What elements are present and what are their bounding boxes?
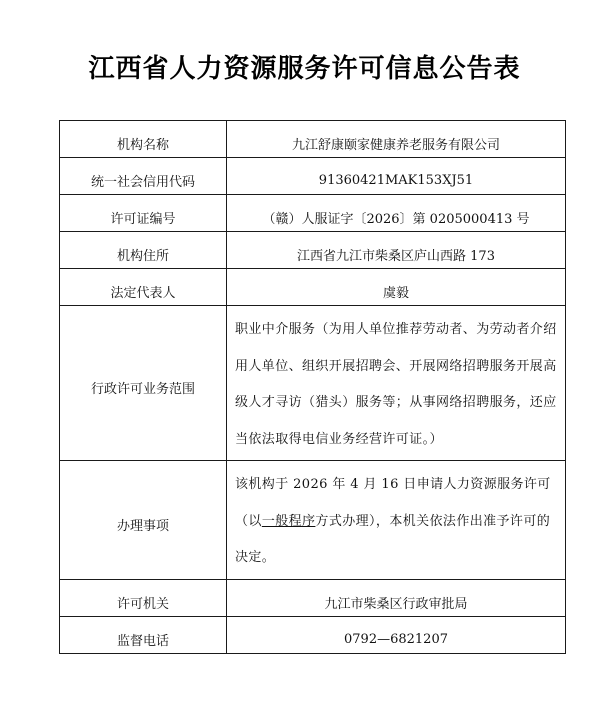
table-row-address: 机构住所 江西省九江市柴桑区庐山西路 173: [60, 232, 566, 269]
row-label: 机构住所: [60, 232, 227, 269]
table-row-credit-code: 统一社会信用代码 91360421MAK153XJ51: [60, 158, 566, 195]
handling-matter-value: 该机构于 2026 年 4 月 16 日申请人力资源服务许可（以一般程序方式办理…: [227, 461, 566, 580]
row-label: 办理事项: [60, 461, 227, 580]
phone-value: 0792—6821207: [227, 616, 566, 653]
row-label: 法定代表人: [60, 269, 227, 306]
license-number-value: （赣）人服证字〔2026〕第 0205000413 号: [227, 195, 566, 232]
table-row-business-scope: 行政许可业务范围 职业中介服务（为用人单位推荐劳动者、为劳动者介绍用人单位、组织…: [60, 306, 566, 461]
credit-code-value: 91360421MAK153XJ51: [227, 158, 566, 195]
row-label: 监督电话: [60, 616, 227, 653]
table-row-org-name: 机构名称 九江舒康颐家健康养老服务有限公司: [60, 121, 566, 158]
row-label: 统一社会信用代码: [60, 158, 227, 195]
table-row-legal-rep: 法定代表人 虞毅: [60, 269, 566, 306]
row-label: 机构名称: [60, 121, 227, 158]
license-info-table: 机构名称 九江舒康颐家健康养老服务有限公司 统一社会信用代码 91360421M…: [59, 120, 566, 654]
business-scope-value: 职业中介服务（为用人单位推荐劳动者、为劳动者介绍用人单位、组织开展招聘会、开展网…: [227, 306, 566, 461]
row-label: 行政许可业务范围: [60, 306, 227, 461]
row-label: 许可证编号: [60, 195, 227, 232]
org-name-value: 九江舒康颐家健康养老服务有限公司: [227, 121, 566, 158]
table-row-authority: 许可机关 九江市柴桑区行政审批局: [60, 579, 566, 616]
table-row-phone: 监督电话 0792—6821207: [60, 616, 566, 653]
address-value: 江西省九江市柴桑区庐山西路 173: [227, 232, 566, 269]
table-row-license-number: 许可证编号 （赣）人服证字〔2026〕第 0205000413 号: [60, 195, 566, 232]
handling-matter-procedure: 一般程序: [262, 514, 316, 529]
authority-value: 九江市柴桑区行政审批局: [227, 579, 566, 616]
document-title: 江西省人力资源服务许可信息公告表: [0, 48, 609, 85]
legal-rep-value: 虞毅: [227, 269, 566, 306]
table-row-handling-matter: 办理事项 该机构于 2026 年 4 月 16 日申请人力资源服务许可（以一般程…: [60, 461, 566, 580]
row-label: 许可机关: [60, 579, 227, 616]
